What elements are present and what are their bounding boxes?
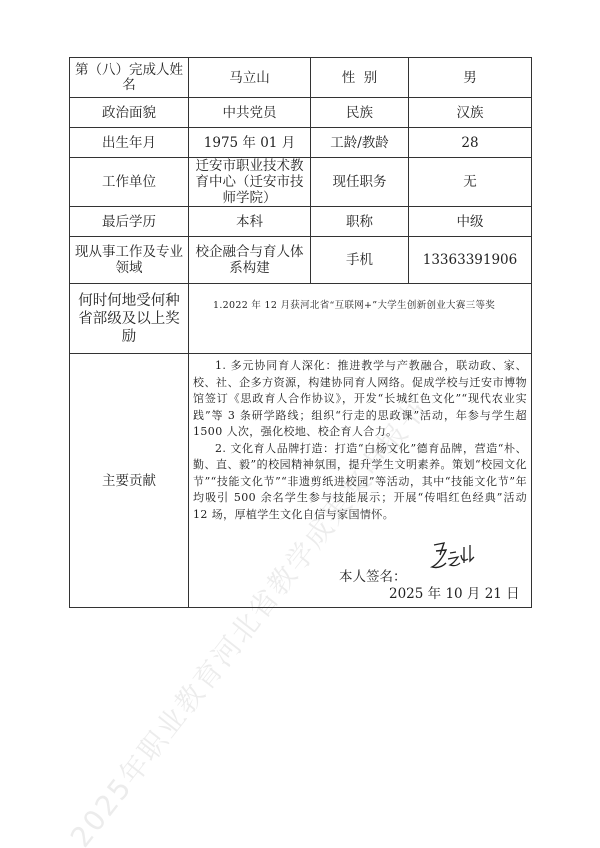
years-value: 28 (409, 128, 532, 158)
name-value: 马立山 (189, 58, 311, 98)
ethnic-value: 汉族 (409, 98, 532, 128)
awards-label: 何时何地受何种省部级及以上奖励 (70, 284, 189, 354)
name-label: 第（八）完成人姓名 (70, 58, 189, 98)
employer-value: 迁安市职业技术教育中心（迁安市技师学院） (189, 158, 311, 207)
personal-info-table: 第（八）完成人姓名 马立山 性 别 男 政治面貌 中共党员 民族 汉族 出生年月… (69, 57, 532, 608)
signature-area: 本人签名： 2025 年 10 月 21 日 (193, 527, 527, 607)
table-row: 出生年月 1975 年 01 月 工龄/教龄 28 (70, 128, 532, 158)
contributions-label: 主要贡献 (70, 354, 189, 608)
title-value: 中级 (409, 207, 532, 237)
birth-label: 出生年月 (70, 128, 189, 158)
table-row: 政治面貌 中共党员 民族 汉族 (70, 98, 532, 128)
phone-label: 手机 (311, 237, 409, 284)
contribution-paragraph: 2. 文化育人品牌打造：打造“白杨文化”德育品牌，营造“朴、勤、直、毅”的校园精… (193, 441, 527, 524)
contributions-cell: 1. 多元协同育人深化：推进教学与产教融合，联动政、家、校、社、企多方资源，构建… (189, 354, 532, 608)
field-value: 校企融合与育人体系构建 (189, 237, 311, 284)
political-value: 中共党员 (189, 98, 311, 128)
table-row: 现从事工作及专业领域 校企融合与育人体系构建 手机 13363391906 (70, 237, 532, 284)
gender-value: 男 (409, 58, 532, 98)
table-row: 何时何地受何种省部级及以上奖励 1.2022 年 12 月获河北省“互联网+”大… (70, 284, 532, 354)
education-label: 最后学历 (70, 207, 189, 237)
position-value: 无 (409, 158, 532, 207)
table-row: 最后学历 本科 职称 中级 (70, 207, 532, 237)
employer-label: 工作单位 (70, 158, 189, 207)
table-row: 工作单位 迁安市职业技术教育中心（迁安市技师学院） 现任职务 无 (70, 158, 532, 207)
gender-label: 性 别 (311, 58, 409, 98)
awards-value: 1.2022 年 12 月获河北省“互联网+”大学生创新创业大赛三等奖 (189, 284, 532, 354)
ethnic-label: 民族 (311, 98, 409, 128)
contribution-paragraph: 1. 多元协同育人深化：推进教学与产教融合，联动政、家、校、社、企多方资源，构建… (193, 358, 527, 441)
political-label: 政治面貌 (70, 98, 189, 128)
position-label: 现任职务 (311, 158, 409, 207)
table-row: 第（八）完成人姓名 马立山 性 别 男 (70, 58, 532, 98)
document-page: 2025年职业教育河北省教学成果奖申报书 第（八）完成人姓名 马立山 性 别 男… (0, 0, 600, 848)
phone-value: 13363391906 (409, 237, 532, 284)
signature-date: 2025 年 10 月 21 日 (389, 586, 520, 602)
handwritten-signature (428, 537, 478, 577)
field-label: 现从事工作及专业领域 (70, 237, 189, 284)
signature-label: 本人签名： (339, 569, 407, 585)
title-label: 职称 (311, 207, 409, 237)
table-row: 主要贡献 1. 多元协同育人深化：推进教学与产教融合，联动政、家、校、社、企多方… (70, 354, 532, 608)
years-label: 工龄/教龄 (311, 128, 409, 158)
education-value: 本科 (189, 207, 311, 237)
birth-value: 1975 年 01 月 (189, 128, 311, 158)
